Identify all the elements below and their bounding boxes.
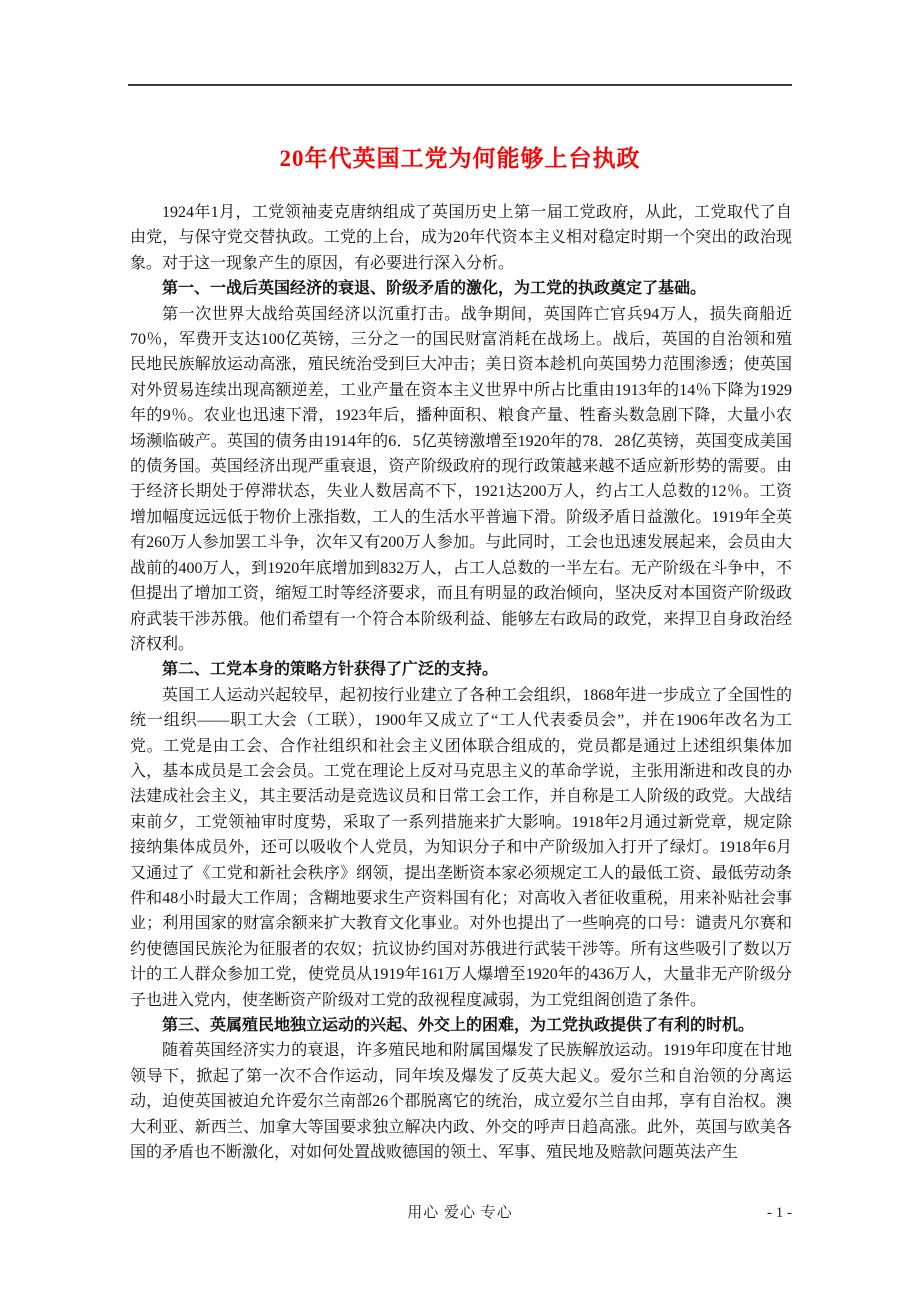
document-page: 20年代英国工党为何能够上台执政 1924年1月，工党领袖麦克唐纳组成了英国历史… bbox=[0, 0, 920, 1302]
body-paragraph: 英国工人运动兴起较早，起初按行业建立了各种工会组织，1868年进一步成立了全国性… bbox=[130, 683, 792, 1013]
body-paragraph: 1924年1月，工党领袖麦克唐纳组成了英国历史上第一届工党政府，从此，工党取代了… bbox=[130, 200, 792, 276]
header-rule bbox=[128, 84, 792, 86]
footer-motto: 用心 爱心 专心 bbox=[128, 1203, 792, 1223]
body-paragraph: 第一次世界大战给英国经济以沉重打击。战争期间，英国阵亡官兵94万人，损失商船近7… bbox=[130, 302, 792, 658]
page-title: 20年代英国工党为何能够上台执政 bbox=[128, 140, 792, 173]
page-number: - 1 - bbox=[767, 1203, 792, 1223]
body-paragraph: 随着英国经济实力的衰退，许多殖民地和附属国爆发了民族解放运动。1919年印度在甘… bbox=[130, 1038, 792, 1165]
section-heading: 第三、英属殖民地独立运动的兴起、外交上的困难，为工党执政提供了有利的时机。 bbox=[130, 1013, 792, 1038]
section-heading: 第二、工党本身的策略方针获得了广泛的支持。 bbox=[130, 657, 792, 682]
section-heading: 第一、一战后英国经济的衰退、阶级矛盾的激化，为工党的执政奠定了基础。 bbox=[130, 276, 792, 301]
document-body: 1924年1月，工党领袖麦克唐纳组成了英国历史上第一届工党政府，从此，工党取代了… bbox=[130, 200, 792, 1165]
